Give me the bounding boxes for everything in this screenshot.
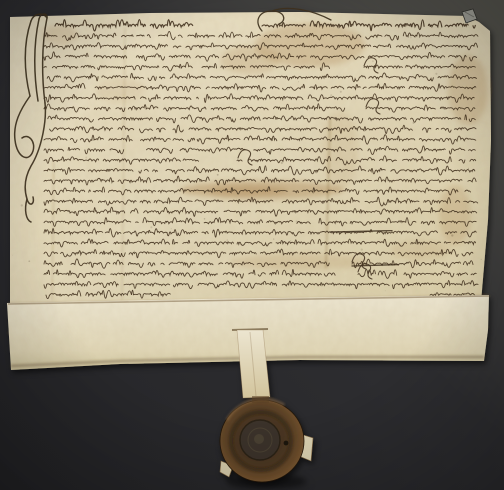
- charter-photograph: [0, 0, 504, 490]
- charter-photo-canvas: [0, 0, 504, 490]
- photo-vignette: [0, 0, 504, 490]
